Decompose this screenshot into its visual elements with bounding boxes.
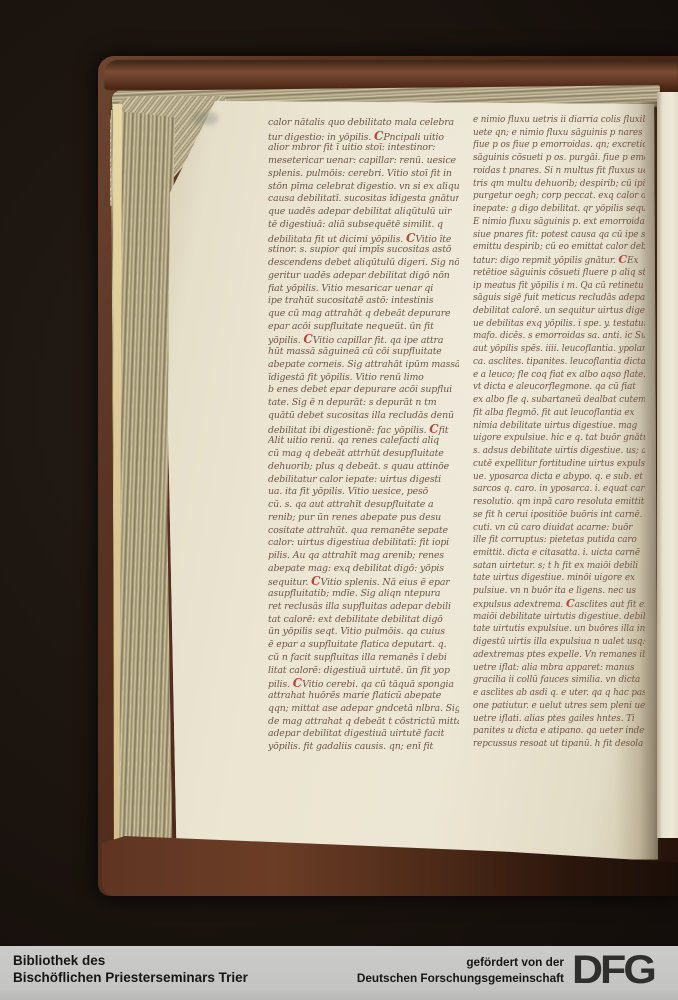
manuscript-line: repcussus resoat ut tipanū. h fit desola [473,738,645,751]
manuscript-line: cū n facit supfluitas illa remanēs ī deb… [268,652,459,665]
manuscript-line: ue debilitas exq yōpilis. i spe. y. test… [473,318,645,331]
manuscript-line: fiat yōpilis. Vitio mesaricar uenar qi [268,283,459,296]
manuscript-line: satan uirtetur. s; t h fit ex maiōi debi… [473,560,645,573]
manuscript-line: siue pnares fit: potest causa qa cū ipe … [473,229,645,242]
manuscript-line: cutē expellitur fortitudine uirtus expul… [473,458,645,471]
manuscript-line: stinor. s. supior qui impīs sucositas as… [268,244,459,257]
manuscript-line: ret reclusās illa supfluitas adepar debi… [268,601,459,614]
manuscript-line: uete qn; e nimio fluxu sāguinis p nares [473,127,645,140]
pencil-folio-mark [192,112,218,125]
manuscript-line: vt dicta e aleucorflegmone. qa cū fiat [473,381,645,394]
manuscript-line: pilis. CVitio cerebi. qa cū tāquā spongi… [268,677,459,690]
manuscript-line: tatur: digo repmit yōpilis gnātur. CEx [473,254,645,267]
manuscript-line: ua. ita fit yōpilis. Vitio uesice, pesō [268,486,459,499]
manuscript-line: renib; pur ūn renes abepate pus desu [268,512,459,525]
manuscript-line: uetre iflati. alias ptes gailes hntes. T… [473,713,645,726]
manuscript-line: que uadēs adepar debilitat aliqūtulū uir [268,206,459,219]
manuscript-line: ue. yposarca dicta e abypo. q. e sub. et [473,471,645,484]
manuscript-line: uigore expulsiue. hic e q. tat buōr gnāt… [473,432,645,445]
manuscript-line: sarcos q. caro. in yposarca. i. equat ca… [473,483,645,496]
manuscript-line: litat calorē: digestiuā uirtutē. ūn fit … [268,665,459,678]
manuscript-line: gracilia ii collū fauces similia. vn dic… [473,674,645,687]
manuscript-line: pulsiue. vn n buōr ita e ligens. nec us [473,585,645,598]
funding-credit-line2: Deutschen Forschungsgemeinschaft [300,971,564,987]
manuscript-column-left: calor nātalis quo debilitato mala celebr… [268,117,459,754]
manuscript-line: sāguinis cōsueti p os. purgāi. fiue p em… [473,152,645,165]
footer-credit-bar: Bibliothek des Bischöflichen Priestersem… [0,946,678,1000]
manuscript-line: descendens debet aliqūtulū digeri. Sig n… [268,257,459,270]
manuscript-line: cū mag q debeāt attrhūt desupfluitate [268,448,459,461]
manuscript-line: tat calorē: ext debilitate debilitat dig… [268,614,459,627]
manuscript-line: digestū uirtis illa expulsiua n ualet us… [473,636,645,649]
manuscript-line: asupfluitatib; mdīe. Sig aliqn ntepura [268,588,459,601]
manuscript-line: adepar debilitat digestiuā uirtutē facit [268,728,459,741]
manuscript-line: uetre iflat: alia mbra apparet: manus [473,662,645,675]
manuscript-line: roidas t pnares. Si n multus fit fluxus … [473,165,645,178]
rubric-initial: C [293,677,302,690]
manuscript-line: yōpilis. CVitio capillar fit. qa ipe att… [268,333,459,346]
manuscript-line: ūn yōpilis seqt. Vitio pulmōis. qa cuius [268,626,459,639]
manuscript-line: fiue p os fiue p emorroidas. qn; excreti… [473,139,645,152]
manuscript-line: debilitat calorē. un sequitur uirtus dig… [473,305,645,318]
manuscript-line: E nimio fluxu sāguinis p. ext emorroidas [473,216,645,229]
manuscript-line: nimia debilitate uirtus digestiue. mag [473,420,645,433]
manuscript-line: one patiutur. e uelut utres sem pleni ue [473,700,645,713]
library-credit: Bibliothek des Bischöflichen Priestersem… [13,953,248,986]
manuscript-line: debilitat ibi digestionē: fac yōpilis. C… [268,423,459,436]
manuscript-line: maiōi debilitate uirtutis digestiue. deb… [473,611,645,624]
manuscript-line: hūt massā sāguineā cū cōi supfluitate [268,346,459,359]
manuscript-line: que cū mag attrahāt q debeāt depurare [268,308,459,321]
manuscript-line: e nimio fluxu uetris ii diarria colis fl… [473,114,645,127]
manuscript-line: splenis. pulmōis: cerebri. Vitio stoī fi… [268,168,459,181]
library-credit-line2: Bischöflichen Priesterseminars Trier [13,970,248,987]
manuscript-line: stōn pīma celebrat digestio. vn si ex al… [268,181,459,194]
manuscript-line: abepate mag: exq debilitat digō: yōpis [268,563,459,576]
manuscript-line: cū. s. qa aut attrahīt desupfluitate a [268,499,459,512]
manuscript-line: īdigestā fit yōpilis. Vitio renū limo [268,372,459,385]
manuscript-line: tate. Sig ē n depurāt: s depurāt n tm [268,397,459,410]
rubric-initial: C [566,598,575,610]
manuscript-line: yōpilis. fit gadaliis causis. qn; enī fi… [268,741,459,754]
funding-credit-line1: gefördert von der [300,955,564,971]
digitized-manuscript-photo: calor nātalis quo debilitato mala celebr… [0,0,678,1000]
manuscript-line: cuti. vn cū caro diuidat acarne: buōr [473,522,645,535]
manuscript-line: debilitatur calor iepate: uirtus digesti [268,474,459,487]
manuscript-line: attrahat huōrēs marie flaticū abepate [268,690,459,703]
manuscript-line: b enes debet epar depurare acōi supflui [268,384,459,397]
manuscript-line: aut yōpilis spēs. iiii. leucoflantia. yp… [473,343,645,356]
manuscript-line: sequitur. CVitio splenis. Nā eius ē epar [268,575,459,588]
manuscript-line: emittit. dicta e citasatta. i. uicta car… [473,547,645,560]
manuscript-line: causa debilitatī. sucositas īdigesta gnā… [268,193,459,206]
manuscript-line: ē epar a supfluitate flatica deputart. q… [268,639,459,652]
manuscript-line: epar acōi supfluitate nequeūt. ūn fit [268,321,459,334]
manuscript-line: quātū debet sucositas illa recludās denū [268,410,459,423]
facing-page-sliver [657,92,678,838]
rubric-initial: C [618,254,627,266]
manuscript-line: qqn; mittat ase adepar gndcetā nlbra. Si… [268,703,459,716]
rubric-initial: C [406,232,415,245]
manuscript-line: fit alba flegmō. fit aut leucoflantia ex [473,407,645,420]
manuscript-line: e asclites ab asdi q. e uter. qa q hac p… [473,687,645,700]
manuscript-line: pilis. Au qa attrahīt mag arenib; renes [268,550,459,563]
manuscript-line: emittu despirib; cū eo emittat calor deb… [473,241,645,254]
manuscript-line: de mag attrahat q debeāt t cōstrictū mit… [268,716,459,729]
manuscript-line: calor: uirtus digestiua debilitatī: fit … [268,537,459,550]
red-speck [338,84,341,87]
manuscript-line: e a leuco; fle coq fiat ex albo aqso fla… [473,369,645,382]
manuscript-line: tris qm multu dehuorib; despirib; cū ipi… [473,178,645,191]
manuscript-line: geritur uadēs adepar debilitat digō nōn [268,270,459,283]
manuscript-line: mafo. dicēs. s emorroidas sa. anti. ic S… [473,330,645,343]
manuscript-line: ex albo fle q. subartaneū dealbat cutem [473,394,645,407]
manuscript-line: panites u dicta e atipano. qa ueter inde [473,725,645,738]
manuscript-line: debilitata fit ut dicimi yōpilis. CVitio… [268,232,459,245]
manuscript-line: calor nātalis quo debilitato mala celebr… [268,117,459,130]
dfg-logo: DFG [572,946,674,994]
rubric-initial: C [311,575,320,588]
manuscript-line: ipe trahūt sucositatē astō: intestinis [268,295,459,308]
manuscript-line: purgetur oegh; corp peccat. exq calor df… [473,190,645,203]
manuscript-line: inepate: g digo debilitat. qr yōpilis se… [473,203,645,216]
manuscript-line: ca. asclites. tipanites. leucoflantia di… [473,356,645,369]
manuscript-line: se fit h cerui ipositiōe buōris int carn… [473,509,645,522]
manuscript-line: s. adsus debilitate uirtis digestiue. us… [473,445,645,458]
library-credit-line1: Bibliothek des [13,953,248,970]
manuscript-line: sāguis sigē fuit meticus recludās adepar [473,292,645,305]
rubric-initial: C [374,130,383,143]
manuscript-line: mesetericar uenar: capillar: renū. uesic… [268,155,459,168]
rubric-initial: C [303,333,312,346]
manuscript-line: cositate attrahūt. qua remanēte sepate [268,525,459,538]
manuscript-line: resolutio. qm inpā caro resoluta emittit [473,496,645,509]
manuscript-line: tur digestio: in yōpilis. CPncipali uiti… [268,130,459,143]
manuscript-line: retētioe sāguinis cōsueti fluere p aliq … [473,267,645,280]
rubric-initial: C [429,423,438,436]
manuscript-line: dehuorib; plus q debeāt. s quau attinōe [268,461,459,474]
funding-credit: gefördert von der Deutschen Forschungsge… [300,955,564,986]
manuscript-line: abepate corneis. Sig attrahāt ipūm massā [268,359,459,372]
manuscript-line: tate uirtus digestiue. minōi uigore ex [473,572,645,585]
manuscript-line: alior mbror fit ī uitio stoī: intestinor… [268,142,459,155]
manuscript-line: expulsus adextrema. Casclites aut fit ex [473,598,645,611]
manuscript-line: tate uirtutis expulsiue. un buōres illa … [473,623,645,636]
manuscript-line: ip meatus fit yōpilis i m. Qa cū retinet… [473,280,645,293]
manuscript-line: tē digestiuā: aliā subsequētē similit. q [268,219,459,232]
manuscript-line: Alit uitio renū. qa renes calefacti aliq [268,435,459,448]
manuscript-line: ille fit corruptus: pietetas putida caro [473,534,645,547]
manuscript-line: adextremas ptes expelle. Vn remanes ibi [473,649,645,662]
manuscript-column-right: e nimio fluxu uetris ii diarria colis fl… [473,114,645,751]
red-speck [344,84,347,87]
